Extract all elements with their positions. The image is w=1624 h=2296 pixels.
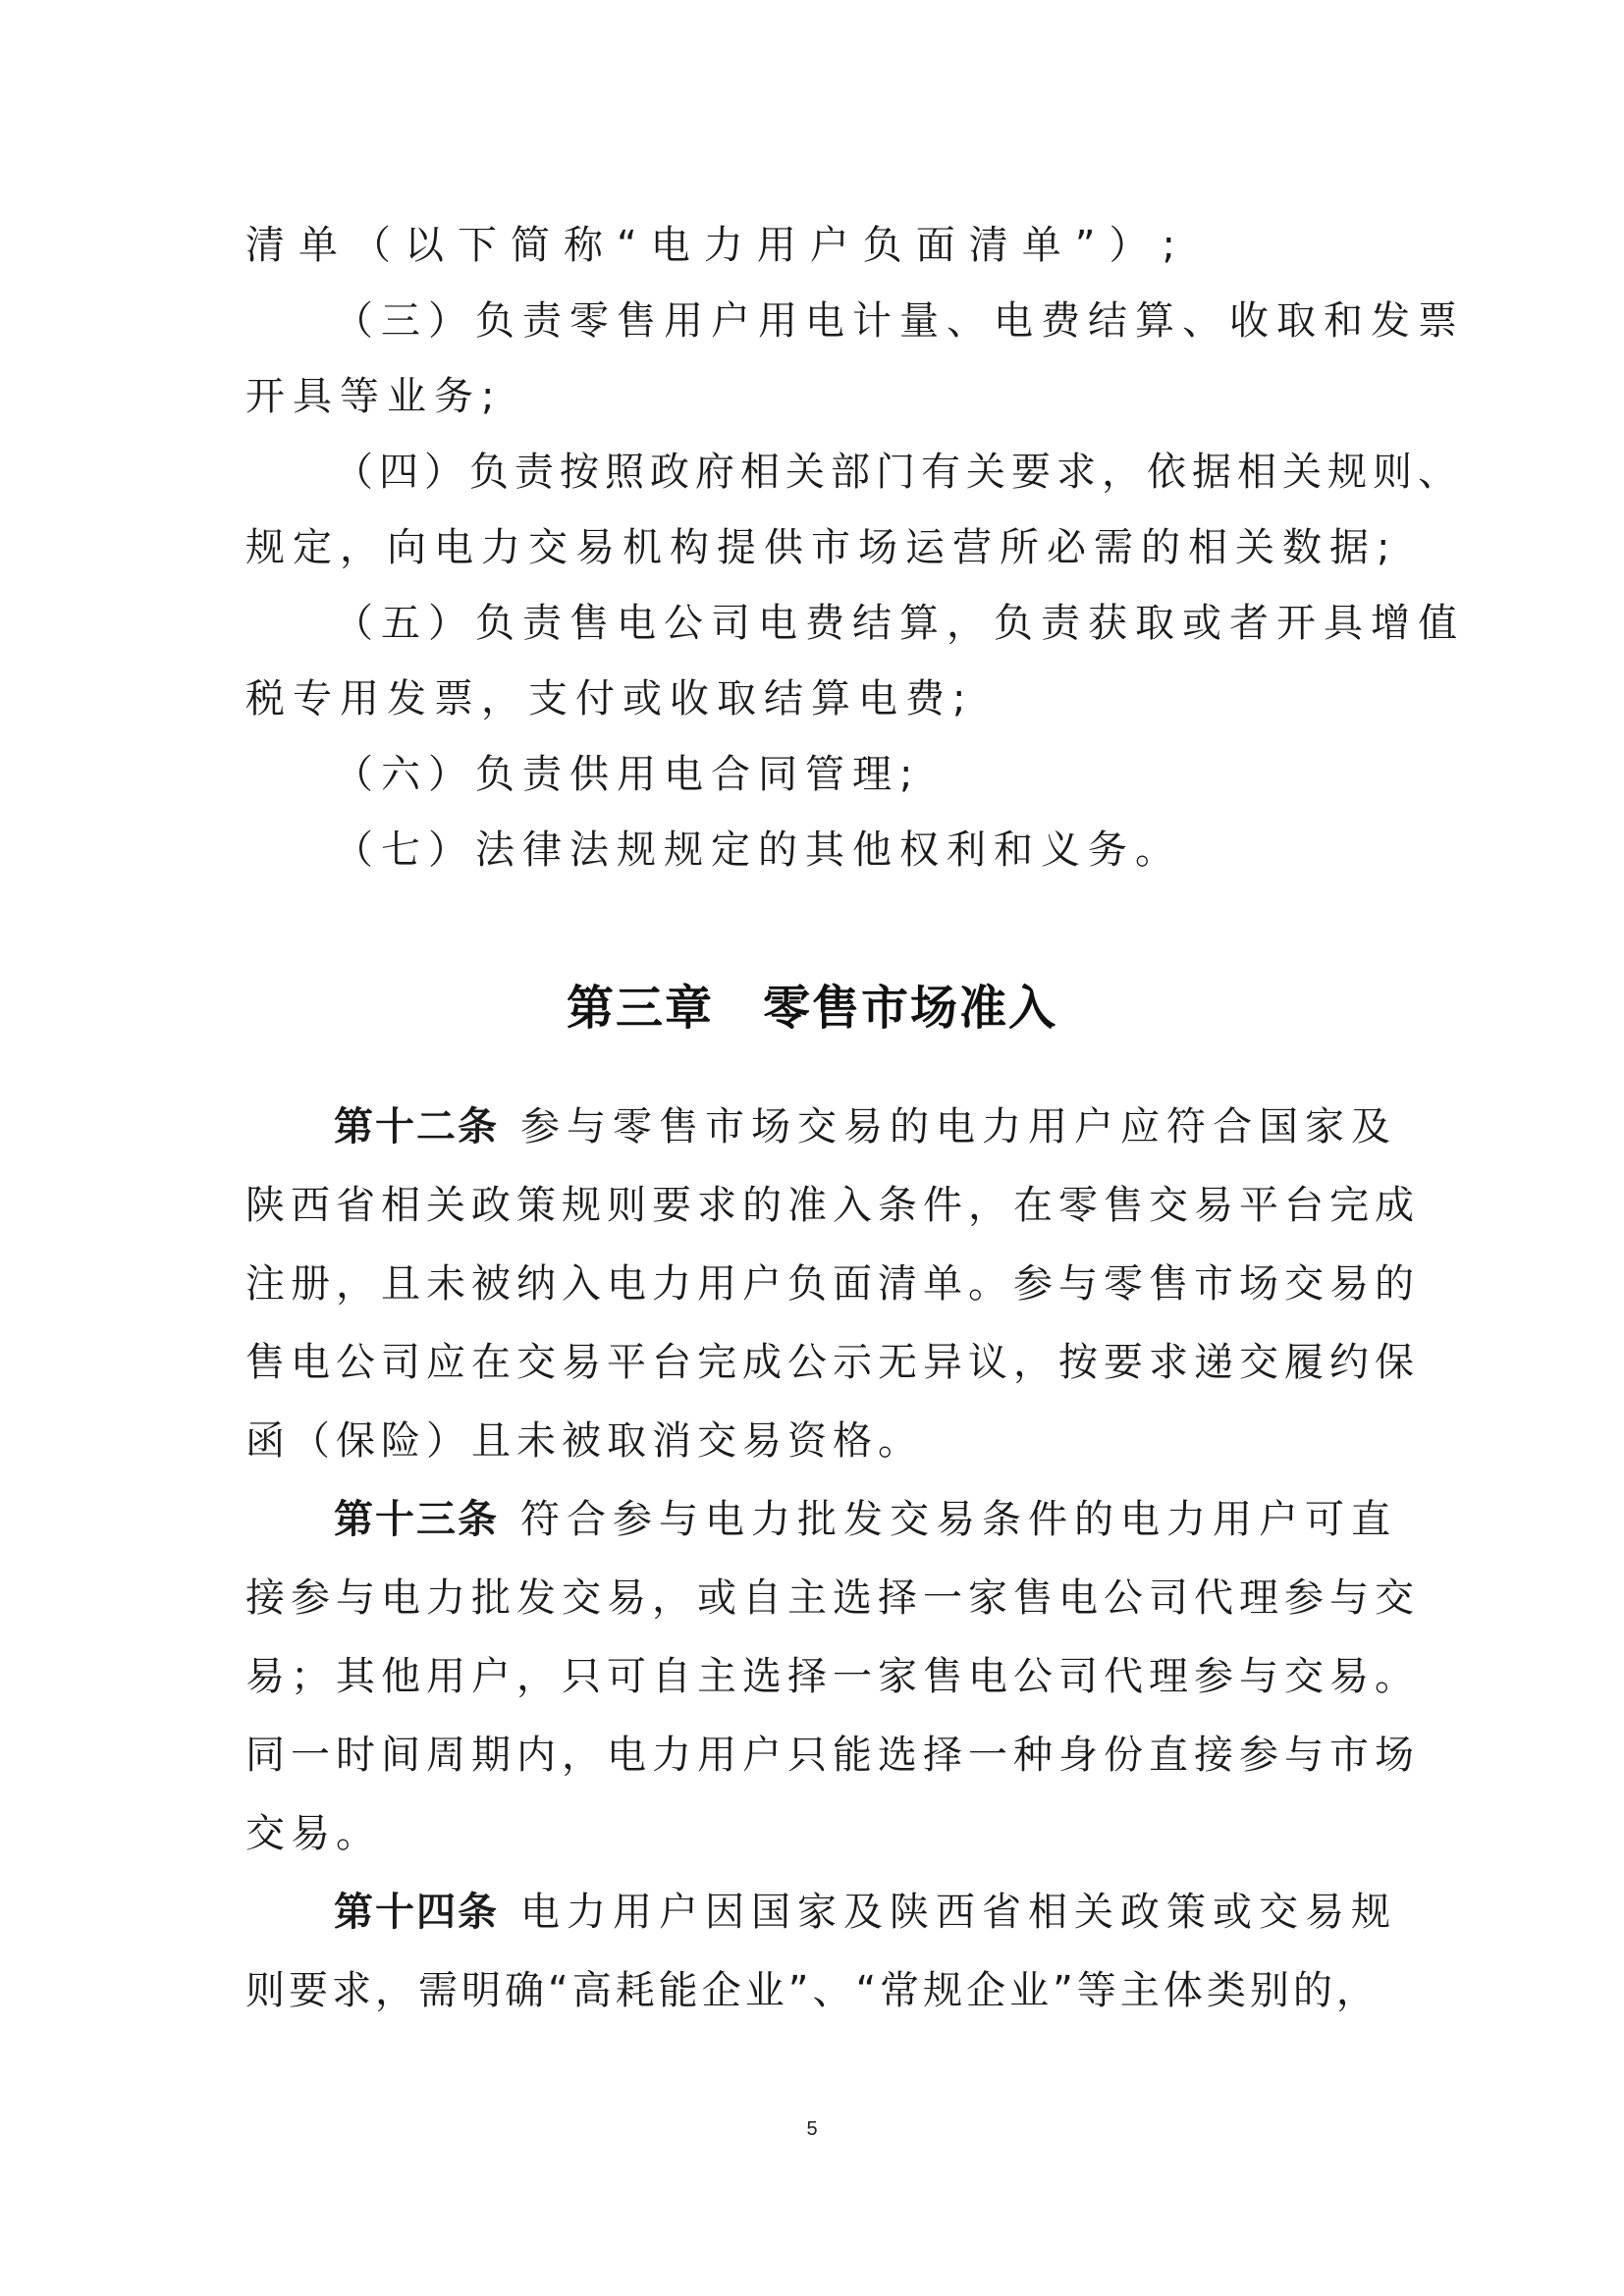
list-item-6: （六）负责供用电合同管理; [334, 747, 1384, 802]
list-item-3: （三）负责零售用户用电计量、电费结算、收取和发票 [334, 294, 1384, 348]
article-14-first-line: 第十四条电力用户因国家及陕西省相关政策或交易规 [334, 1885, 1384, 1940]
article-label: 第十四条 [334, 1889, 499, 1935]
paragraph-line: 同一时间周期内，电力用户只能选择一种身份直接参与市场 [245, 1728, 1384, 1783]
article-text: 电力用户因国家及陕西省相关政策或交易规 [520, 1890, 1397, 1935]
list-item-5: （五）负责售电公司电费结算，负责获取或者开具增值 [334, 596, 1384, 651]
paragraph-line: 开具等业务; [245, 369, 1384, 424]
paragraph-line: 清单（以下简称“电力用户负面清单”）; [245, 218, 1384, 273]
paragraph-line: 陕西省相关政策规则要求的准入条件，在零售交易平台完成 [245, 1178, 1384, 1233]
article-label: 第十三条 [334, 1496, 499, 1542]
document-page: 清单（以下简称“电力用户负面清单”）; （三）负责零售用户用电计量、电费结算、收… [0, 0, 1624, 2296]
list-item-4: （四）负责按照政府相关部门有关要求，依据相关规则、 [334, 445, 1384, 500]
paragraph-line: 则要求，需明确“高耗能企业”、“常规企业”等主体类别的， [245, 1963, 1384, 2018]
article-label: 第十二条 [334, 1103, 499, 1149]
paragraph-line: 售电公司应在交易平台完成公示无异议，按要求递交履约保 [245, 1335, 1384, 1390]
article-13-first-line: 第十三条符合参与电力批发交易条件的电力用户可直 [334, 1492, 1384, 1547]
article-text: 参与零售市场交易的电力用户应符合国家及 [520, 1104, 1397, 1149]
list-item-7: （七）法律法规规定的其他权利和义务。 [334, 823, 1384, 878]
article-12-first-line: 第十二条参与零售市场交易的电力用户应符合国家及 [334, 1099, 1384, 1154]
paragraph-line: 税专用发票，支付或收取结算电费; [245, 671, 1384, 726]
paragraph-line: 函（保险）且未被取消交易资格。 [245, 1414, 1384, 1468]
paragraph-line: 接参与电力批发交易，或自主选择一家售电公司代理参与交 [245, 1571, 1384, 1626]
paragraph-line: 交易。 [245, 1806, 1384, 1861]
chapter-title: 第三章 零售市场准入 [0, 977, 1624, 1040]
paragraph-line: 规定，向电力交易机构提供市场运营所必需的相关数据; [245, 520, 1384, 575]
article-text: 符合参与电力批发交易条件的电力用户可直 [520, 1497, 1397, 1542]
paragraph-line: 注册，且未被纳入电力用户负面清单。参与零售市场交易的 [245, 1256, 1384, 1311]
paragraph-line: 易；其他用户，只可自主选择一家售电公司代理参与交易。 [245, 1649, 1384, 1704]
page-number: 5 [0, 2118, 1624, 2141]
